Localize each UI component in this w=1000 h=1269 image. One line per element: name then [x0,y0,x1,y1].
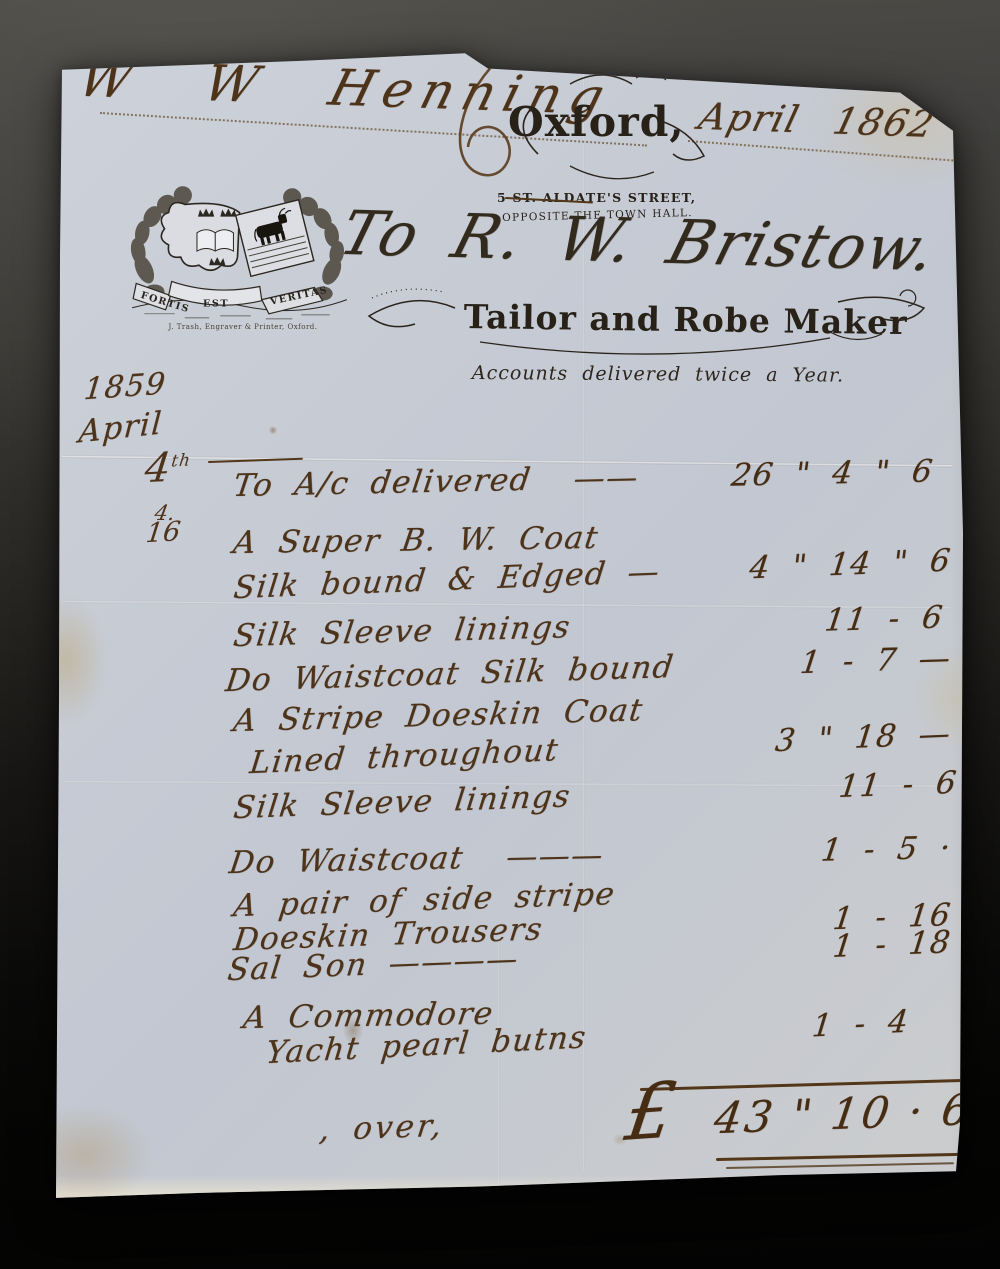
photo-stage: W W Henning April 1862 Oxford, 5 ST. ALD… [0,0,1000,1269]
invoice-paper: W W Henning April 1862 Oxford, 5 ST. ALD… [0,0,1000,1269]
total-amount: 43 " 10 · 6 [711,1085,976,1144]
ledger-row-amount: 11 - 6 [823,599,946,638]
crest-ox-panel [236,200,314,277]
ledger-row-desc: Do Waistcoat ——— [227,837,606,881]
paper-shadow-wrap: W W Henning April 1862 Oxford, 5 ST. ALD… [0,0,1000,1269]
terms-line: Accounts delivered twice a Year. [472,362,844,387]
engraver-credit: J. Trash, Engraver & Printer, Oxford. [168,323,318,331]
ledger-row-desc: To A/c delivered —— [231,460,641,505]
ledger-row-amount: 4 " 14 " 6 [747,542,953,586]
ledger-row-desc: Silk bound & Edged — [232,554,663,607]
ledger-row-amount: 1 - 4 [810,1004,911,1045]
ledger-day: 4th [142,444,193,493]
total-underline [716,1153,962,1161]
ledger-year: 1859 [82,366,168,407]
total-currency-sign: £ [620,1065,681,1158]
ledger-row-amount: 11 - 6 [837,765,960,805]
crest-engraving: FORTIS EST VERITAS [124,170,352,327]
ledger-day: 16 [144,516,182,549]
over-note: , over, [318,1108,447,1149]
ledger-row-desc: Lined throughout [248,732,561,781]
ledger-row-amount: 26 " 4 " 6 [729,453,936,493]
ledger-day-suffix: th [170,449,192,470]
total-underline [726,1162,954,1169]
ledger-row-amount: 1 - 5 · [819,830,954,869]
ledger-row-desc: Do Waistcoat Silk bound [223,649,676,699]
crest-shield [161,203,239,271]
ledger-row-amount: 1 - 18 [831,924,954,965]
invoice-date-handwriting: April 1862 [694,95,939,146]
ledger-row-desc: A Super B. W. Coat [231,520,601,561]
ledger-month: April [77,405,163,450]
ledger-row-desc: Silk Sleeve linings [232,778,573,826]
city-title: Oxford, [508,98,685,146]
trade-title: Tailor and Robe Maker [463,297,907,342]
ledger-row-amount: 1 - 7 — [798,640,953,681]
motto-word: EST [203,299,229,310]
ledger-row-amount: 3 " 18 — [773,716,953,760]
ledger-row: To A/c delivered ——26 " 4 " 6 [231,453,936,504]
ledger-row-desc: Silk Sleeve linings [231,609,573,654]
ledger-day-number: 4 [142,445,173,493]
